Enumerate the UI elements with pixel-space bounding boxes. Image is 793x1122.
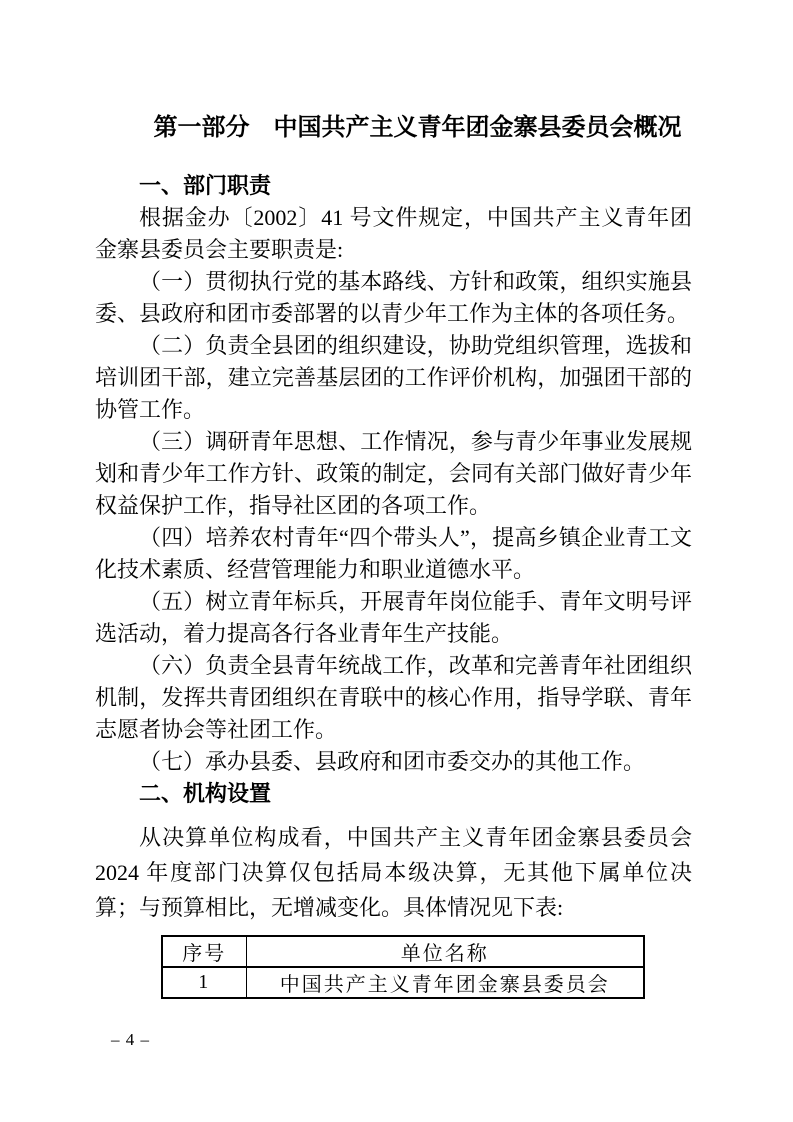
paragraph: （四）培养农村青年“四个带头人”，提高乡镇企业青工文化技术素质、经营管理能力和职… bbox=[95, 522, 692, 586]
paragraph: （一）贯彻执行党的基本路线、方针和政策，组织实施县委、县政府和团市委部署的以青少… bbox=[95, 266, 692, 330]
document-page: 第一部分 中国共产主义青年团金寨县委员会概况 一、部门职责根据金办〔2002〕4… bbox=[0, 0, 793, 1122]
table-header-cell: 单位名称 bbox=[246, 936, 644, 967]
paragraph: 根据金办〔2002〕41 号文件规定，中国共产主义青年团金寨县委员会主要职责是: bbox=[95, 202, 692, 266]
document-title: 第一部分 中国共产主义青年团金寨县委员会概况 bbox=[95, 112, 692, 144]
table-cell: 1 bbox=[162, 967, 246, 998]
table-header-row: 序号单位名称 bbox=[162, 936, 644, 967]
paragraph: （三）调研青年思想、工作情况，参与青少年事业发展规划和青少年工作方针、政策的制定… bbox=[95, 426, 692, 522]
table-body: 1中国共产主义青年团金寨县委员会 bbox=[162, 967, 644, 998]
paragraph: （六）负责全县青年统战工作，改革和完善青年社团组织机制，发挥共青团组织在青联中的… bbox=[95, 650, 692, 746]
section-heading: 二、机构设置 bbox=[95, 778, 692, 810]
paragraph: （七）承办县委、县政府和团市委交办的其他工作。 bbox=[95, 746, 692, 778]
table-head: 序号单位名称 bbox=[162, 936, 644, 967]
page-number: – 4 – bbox=[111, 1030, 150, 1050]
organization-table: 序号单位名称 1中国共产主义青年团金寨县委员会 bbox=[161, 935, 645, 999]
sections-container: 一、部门职责根据金办〔2002〕41 号文件规定，中国共产主义青年团金寨县委员会… bbox=[95, 170, 692, 925]
document-content: 第一部分 中国共产主义青年团金寨县委员会概况 一、部门职责根据金办〔2002〕4… bbox=[95, 112, 692, 999]
table-row: 1中国共产主义青年团金寨县委员会 bbox=[162, 967, 644, 998]
paragraph: （二）负责全县团的组织建设，协助党组织管理，选拔和培训团干部，建立完善基层团的工… bbox=[95, 330, 692, 426]
paragraph: 从决算单位构成看，中国共产主义青年团金寨县委员会 2024 年度部门决算仅包括局… bbox=[95, 820, 692, 925]
section-heading: 一、部门职责 bbox=[95, 170, 692, 202]
table-header-cell: 序号 bbox=[162, 936, 246, 967]
paragraph: （五）树立青年标兵，开展青年岗位能手、青年文明号评选活动，着力提高各行各业青年生… bbox=[95, 586, 692, 650]
table-cell: 中国共产主义青年团金寨县委员会 bbox=[246, 967, 644, 998]
